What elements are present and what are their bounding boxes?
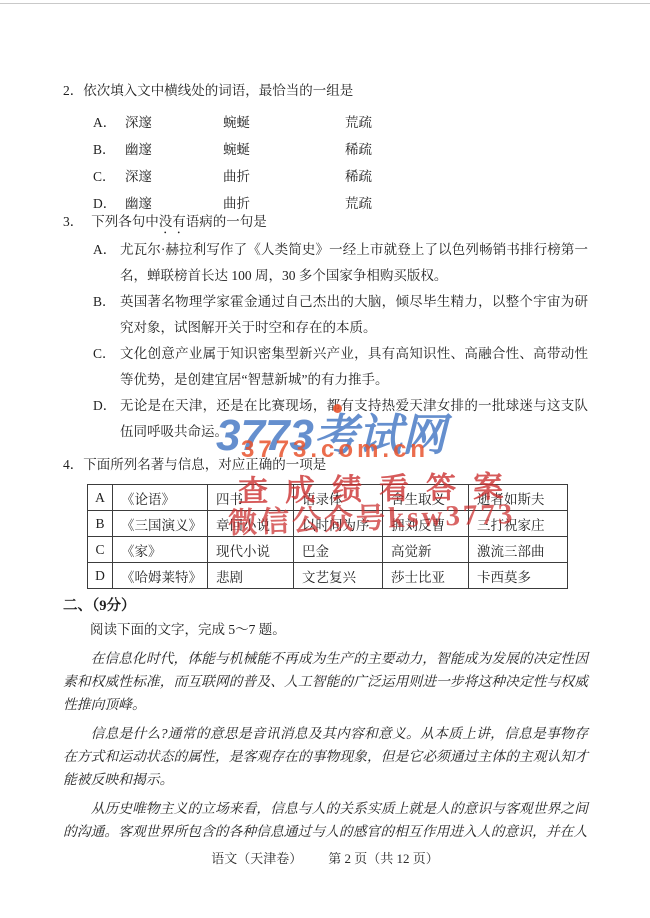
exam-page: 2．依次填入文中横线处的词语，最恰当的一组是 A． 深邃 蜿蜒 荒疏 B． 幽邃…	[0, 0, 650, 918]
table-cell: 悲剧	[208, 563, 294, 589]
question-4-stem: 4．下面所列名著与信息，对应正确的一项是	[63, 452, 588, 478]
option-text: 无论是在天津，还是在比赛现场，都有支持热爱天津女排的一批球迷与这支队伍同呼吸共命…	[120, 398, 588, 439]
table-row: D 《哈姆莱特》 悲剧 文艺复兴 莎士比亚 卡西莫多	[88, 563, 568, 589]
option-word: 蜿蜒	[223, 109, 250, 136]
option-label: B．	[93, 289, 116, 315]
table-cell: 章回小说	[208, 511, 294, 537]
question-3: 3．下列各句中没有语病的一句是 A．尤瓦尔·赫拉利写作了《人类简史》一经上市就登…	[63, 209, 588, 445]
option-word: 曲折	[223, 163, 250, 190]
passage-paragraph: 在信息化时代，体能与机械能不再成为生产的主要动力，智能成为发展的决定性因素和权威…	[63, 647, 588, 716]
stem-text: 语病的一句是	[186, 214, 267, 229]
table-cell: 《哈姆莱特》	[113, 563, 208, 589]
table-cell: 高觉新	[383, 537, 469, 563]
question-2: 2．依次填入文中横线处的词语，最恰当的一组是 A． 深邃 蜿蜒 荒疏 B． 幽邃…	[63, 78, 588, 217]
q2-option-b: B． 幽邃 蜿蜒 稀疏	[63, 136, 588, 163]
table-row: C 《家》 现代小说 巴金 高觉新 激流三部曲	[88, 537, 568, 563]
table-cell: 现代小说	[208, 537, 294, 563]
q3-option-b: B．英国著名物理学家霍金通过自己杰出的大脑，倾尽毕生精力，以整个宇宙为研究对象，…	[120, 289, 588, 341]
works-table: A 《论语》 四书 语录体 舍生取义 逝者如斯夫 B 《三国演义》 章回小说 以…	[87, 484, 568, 589]
passage-paragraph: 从历史唯物主义的立场来看，信息与人的关系实质上就是人的意识与客观世界之间的沟通。…	[63, 797, 588, 843]
option-label: C．	[93, 341, 116, 367]
question-4: 4．下面所列名著与信息，对应正确的一项是 A 《论语》 四书 语录体 舍生取义 …	[63, 452, 588, 589]
table-cell: 三打祝家庄	[469, 511, 568, 537]
option-text: 尤瓦尔·赫拉利写作了《人类简史》一经上市就登上了以色列畅销书排行榜第一名，蝉联榜…	[120, 242, 588, 283]
question-2-stem: 2．依次填入文中横线处的词语，最恰当的一组是	[63, 78, 588, 104]
option-word: 深邃	[125, 109, 152, 136]
q3-option-a: A．尤瓦尔·赫拉利写作了《人类简史》一经上市就登上了以色列畅销书排行榜第一名，蝉…	[120, 237, 588, 289]
table-cell: 《三国演义》	[113, 511, 208, 537]
q3-option-d: D．无论是在天津，还是在比赛现场，都有支持热爱天津女排的一批球迷与这支队伍同呼吸…	[120, 393, 588, 445]
option-label: A．	[93, 109, 116, 136]
passage-paragraph: 信息是什么?通常的意思是音讯消息及其内容和意义。从本质上讲，信息是事物存在方式和…	[63, 722, 588, 791]
table-cell: 文艺复兴	[294, 563, 383, 589]
option-word: 荒疏	[345, 109, 372, 136]
option-word: 蜿蜒	[223, 136, 250, 163]
table-cell: C	[88, 537, 113, 563]
option-word: 深邃	[125, 163, 152, 190]
table-cell: 莎士比亚	[383, 563, 469, 589]
table-cell: 以时间为序	[294, 511, 383, 537]
option-label: C．	[93, 163, 116, 190]
emphasized-text: 没有	[159, 214, 186, 229]
option-label: D．	[93, 393, 116, 419]
table-cell: 拥刘反曹	[383, 511, 469, 537]
option-word: 稀疏	[345, 163, 372, 190]
q2-option-a: A． 深邃 蜿蜒 荒疏	[63, 109, 588, 136]
q3-option-c: C．文化创意产业属于知识密集型新兴产业，具有高知识性、高融合性、高带动性等优势，…	[120, 341, 588, 393]
table-row: A 《论语》 四书 语录体 舍生取义 逝者如斯夫	[88, 485, 568, 511]
table-cell: A	[88, 485, 113, 511]
option-text: 文化创意产业属于知识密集型新兴产业，具有高知识性、高融合性、高带动性等优势，是创…	[120, 346, 588, 387]
table-cell: 《论语》	[113, 485, 208, 511]
top-divider	[0, 3, 650, 4]
section-heading: 二、（9分）	[63, 594, 588, 618]
question-number: 3．	[63, 214, 83, 229]
q2-option-c: C． 深邃 曲折 稀疏	[63, 163, 588, 190]
table-cell: 语录体	[294, 485, 383, 511]
section-intro: 阅读下面的文字，完成 5～7 题。	[63, 618, 588, 641]
table-cell: 逝者如斯夫	[469, 485, 568, 511]
table-cell: 卡西莫多	[469, 563, 568, 589]
table-cell: 巴金	[294, 537, 383, 563]
option-label: B．	[93, 136, 116, 163]
table-cell: 激流三部曲	[469, 537, 568, 563]
footer-paper-title: 语文（天津卷）	[211, 851, 302, 866]
table-cell: 舍生取义	[383, 485, 469, 511]
stem-text: 下列各句中	[91, 214, 159, 229]
question-2-options: A． 深邃 蜿蜒 荒疏 B． 幽邃 蜿蜒 稀疏 C． 深邃 曲折 稀疏 D． 幽…	[63, 109, 588, 217]
table-cell: 《家》	[113, 537, 208, 563]
question-3-stem: 3．下列各句中没有语病的一句是	[63, 209, 588, 237]
table-row: B 《三国演义》 章回小说 以时间为序 拥刘反曹 三打祝家庄	[88, 511, 568, 537]
option-word: 幽邃	[125, 136, 152, 163]
footer-page-number: 第 2 页（共 12 页）	[328, 851, 439, 866]
section-2: 二、（9分） 阅读下面的文字，完成 5～7 题。 在信息化时代，体能与机械能不再…	[63, 594, 588, 843]
option-label: A．	[93, 237, 116, 263]
option-text: 英国著名物理学家霍金通过自己杰出的大脑，倾尽毕生精力，以整个宇宙为研究对象，试图…	[120, 294, 588, 335]
option-word: 稀疏	[345, 136, 372, 163]
table-cell: 四书	[208, 485, 294, 511]
page-footer: 语文（天津卷）第 2 页（共 12 页）	[0, 848, 650, 867]
table-cell: B	[88, 511, 113, 537]
table-cell: D	[88, 563, 113, 589]
